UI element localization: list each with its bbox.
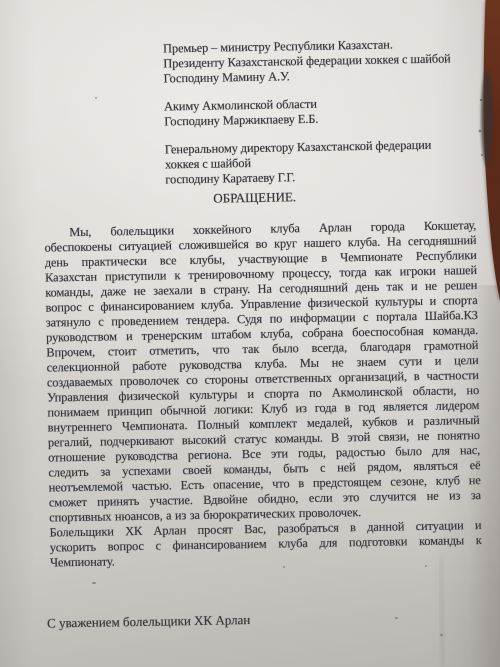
edge-smudge [481, 70, 493, 166]
edge-speckle [479, 130, 482, 133]
table-edge [0, 0, 500, 667]
edge-speckle [481, 154, 483, 156]
letter-photo: Премьер – министру Республики Казахстан.… [0, 0, 500, 667]
paper-edge-shade [468, 285, 500, 667]
paper-crease-shadow [441, 558, 443, 667]
edge-speckle [480, 99, 482, 101]
